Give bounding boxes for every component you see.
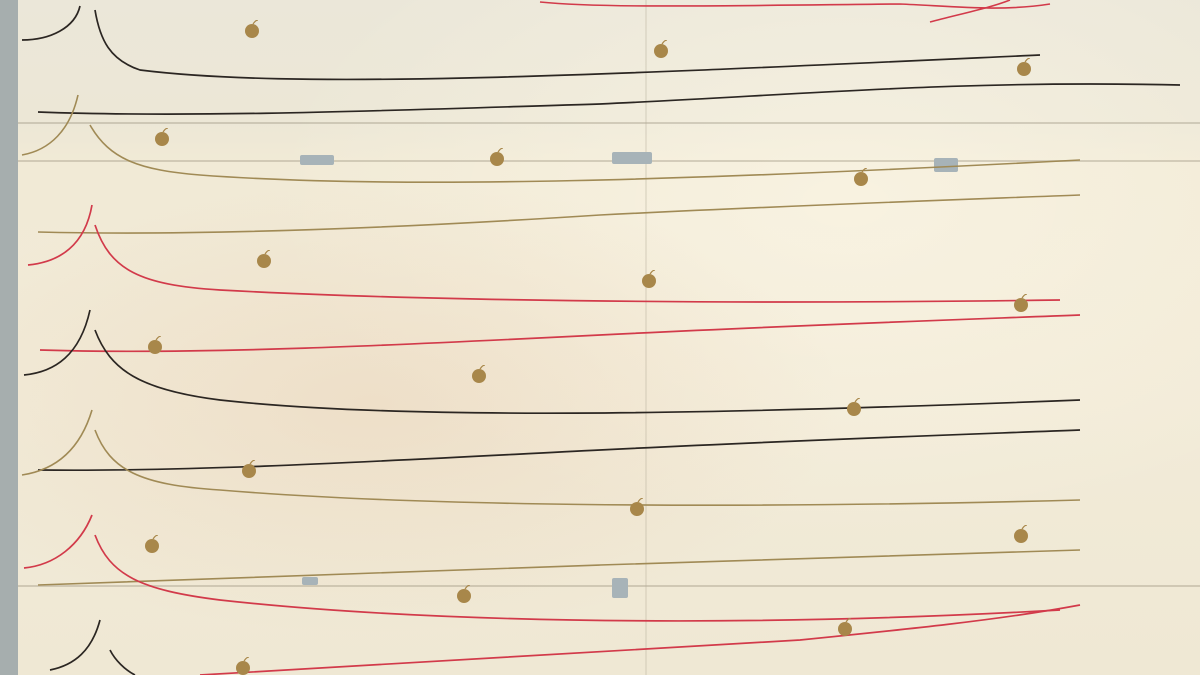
gold-dot-icon — [640, 270, 658, 288]
repair-patch — [934, 158, 958, 172]
repair-patch — [612, 152, 652, 164]
gold-dot-icon — [628, 498, 646, 516]
gold-dot-icon — [836, 618, 854, 636]
paper-fold-line — [645, 0, 647, 675]
gold-dot-icon — [455, 585, 473, 603]
repair-patch — [612, 578, 628, 598]
gold-dot-icon — [488, 148, 506, 166]
gold-dot-icon — [234, 657, 252, 675]
gold-dot-icon — [852, 168, 870, 186]
gold-dot-icon — [1012, 525, 1030, 543]
gold-dot-icon — [243, 20, 261, 38]
gold-dot-icon — [1012, 294, 1030, 312]
gold-dot-icon — [255, 250, 273, 268]
gold-dot-icon — [652, 40, 670, 58]
gold-dot-icon — [143, 535, 161, 553]
gold-dot-icon — [470, 365, 488, 383]
paper-fold-line — [18, 122, 1200, 124]
gold-dot-icon — [845, 398, 863, 416]
scan-background-edge — [0, 0, 18, 675]
gold-dot-icon — [240, 460, 258, 478]
gold-dot-icon — [146, 336, 164, 354]
repair-patch — [300, 155, 334, 165]
paper-fold-line — [18, 160, 1200, 162]
gold-dot-icon — [153, 128, 171, 146]
manuscript-paper — [18, 0, 1200, 675]
gold-dot-icon — [1015, 58, 1033, 76]
repair-patch — [302, 577, 318, 585]
paper-fold-line — [18, 585, 1200, 587]
